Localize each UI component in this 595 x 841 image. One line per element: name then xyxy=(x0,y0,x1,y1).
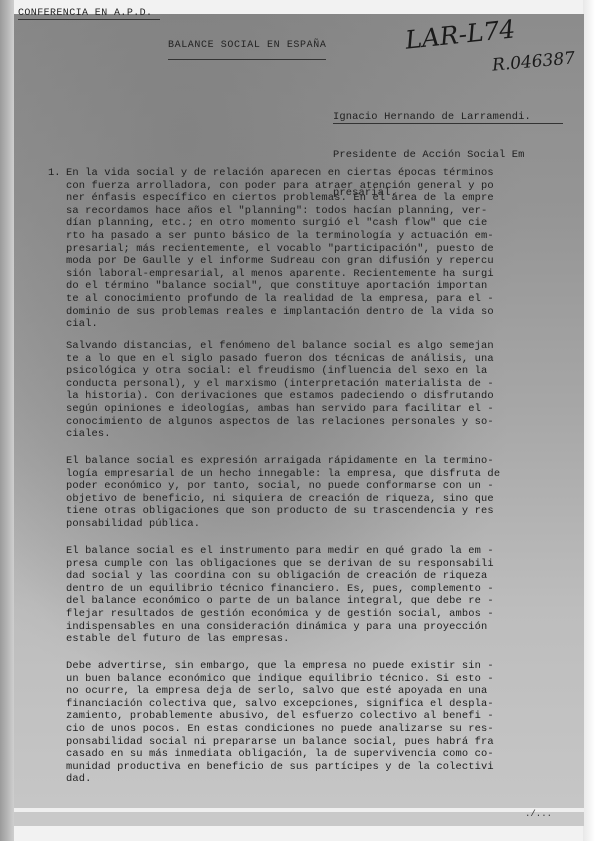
text-line: objetivo de beneficio, ni siquiera de cr… xyxy=(66,493,500,506)
text-line: ponsabilidad social ni prepararse un bal… xyxy=(66,736,494,749)
text-line: no ocurre, la empresa deja de serlo, sal… xyxy=(66,685,494,698)
text-line: dían planning, etc.; en otro momento sur… xyxy=(66,217,494,230)
text-line: conocimiento de algunos aspectos de las … xyxy=(66,416,494,429)
text-line: del balance económico o parte de un bala… xyxy=(66,595,494,608)
text-line: moda por De Gaulle y el informe Sudreau … xyxy=(66,255,494,268)
text-line: ner énfasis específico en ciertos proble… xyxy=(66,192,494,205)
text-line: casado en su más inmediata obligación, l… xyxy=(66,748,494,761)
scan-left-edge xyxy=(0,0,14,841)
text-line: El balance social es expresión arraigada… xyxy=(66,455,500,468)
text-line: flejar resultados de gestión económica y… xyxy=(66,608,494,621)
text-line: dentro de un equilibrio técnico financie… xyxy=(66,583,494,596)
paragraph-1: En la vida social y de relación aparecen… xyxy=(66,167,494,331)
text-line: poder económico y, por tanto, social, no… xyxy=(66,480,500,493)
conference-label: CONFERENCIA EN A.P.D. xyxy=(18,8,160,20)
text-line: te a lo que en el siglo pasado fueron do… xyxy=(66,353,494,366)
text-line: te al conocimiento profundo de la realid… xyxy=(66,293,494,306)
text-line: la historia). Con derivaciones que estam… xyxy=(66,390,494,403)
text-line: ponsabilidad pública. xyxy=(66,518,500,531)
text-line: Debe advertirse, sin embargo, que la emp… xyxy=(66,660,494,673)
text-line: con fuerza arrolladora, con poder para a… xyxy=(66,180,494,193)
paragraph-5: Debe advertirse, sin embargo, que la emp… xyxy=(66,660,494,786)
author-line: Presidente de Acción Social Em xyxy=(333,149,531,162)
text-line: sión laboral-empresarial, al menos apare… xyxy=(66,268,494,281)
author-line: Ignacio Hernando de Larramendi. xyxy=(333,111,531,124)
text-line: un buen balance económico que indique eq… xyxy=(66,673,494,686)
paragraph-3: El balance social es expresión arraigada… xyxy=(66,455,500,531)
text-line: conducta personal), y el marxismo (inter… xyxy=(66,378,494,391)
text-line: sa recordamos hace años el "planning": t… xyxy=(66,205,494,218)
text-line: dad. xyxy=(66,773,494,786)
paragraph-2: Salvando distancias, el fenómeno del bal… xyxy=(66,340,494,441)
text-line: munidad productiva en beneficio de sus p… xyxy=(66,761,494,774)
text-line: cio de unos pocos. En estas condiciones … xyxy=(66,723,494,736)
document-title: BALANCE SOCIAL EN ESPAÑA xyxy=(168,40,326,60)
text-line: logía empresarial de un hecho innegable:… xyxy=(66,468,500,481)
text-line: presa cumple con las obligaciones que se… xyxy=(66,558,494,571)
text-line: psicológica y otra social: el freudismo … xyxy=(66,365,494,378)
text-line: do el término "balance social", que cons… xyxy=(66,280,494,293)
text-line: tiene otras obligaciones que son product… xyxy=(66,505,500,518)
text-line: cial. xyxy=(66,318,494,331)
text-line: dad social y las coordina con su obligac… xyxy=(66,570,494,583)
text-line: dominio de sus problemas reales e implan… xyxy=(66,306,494,319)
text-line: financiación colectiva que, salvo excepc… xyxy=(66,698,494,711)
text-line: En la vida social y de relación aparecen… xyxy=(66,167,494,180)
text-line: Salvando distancias, el fenómeno del bal… xyxy=(66,340,494,353)
text-line: rto ha pasado a ser punto básico de la t… xyxy=(66,230,494,243)
text-line: El balance social es el instrumento para… xyxy=(66,545,494,558)
text-line: presarial; más recientemente, el vocablo… xyxy=(66,243,494,256)
text-line: según opiniones e ideologías, ambas han … xyxy=(66,403,494,416)
page-bottom-strip xyxy=(14,812,584,826)
text-line: indispensables en una consideración diná… xyxy=(66,621,494,634)
section-number: 1. xyxy=(48,167,60,179)
author-underline xyxy=(333,123,563,124)
text-line: estable del futuro de las empresas. xyxy=(66,633,494,646)
text-line: zamiento, probablemente abusivo, del esf… xyxy=(66,710,494,723)
paragraph-4: El balance social es el instrumento para… xyxy=(66,545,494,646)
page-continuation-mark: ./... xyxy=(525,809,552,819)
scan-right-edge xyxy=(583,0,595,841)
text-line: ciales. xyxy=(66,428,494,441)
